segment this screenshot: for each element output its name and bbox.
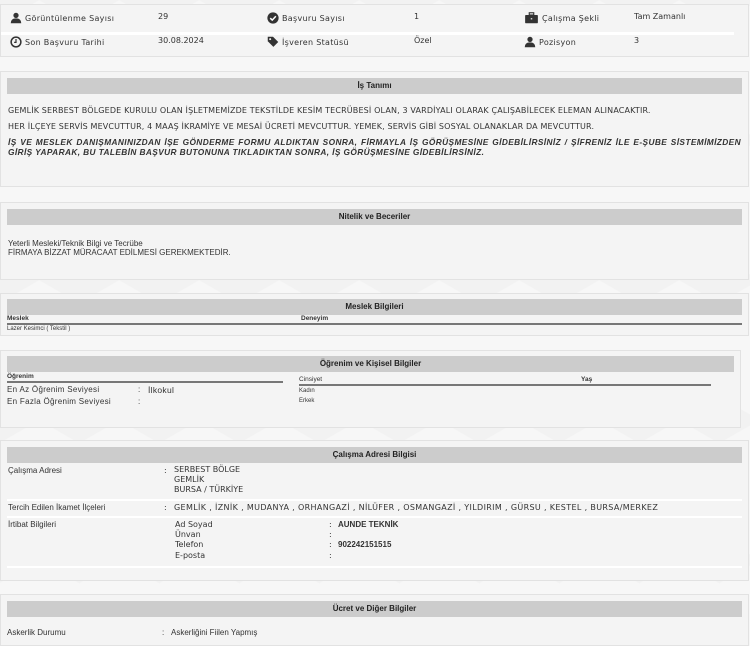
deadline-label: Son Başvuru Tarihi xyxy=(25,38,105,47)
max-education-label: En Fazla Öğrenim Seviyesi xyxy=(7,397,111,406)
description-paragraph: GEMLİK SERBEST BÖLGEDE KURULU OLAN İŞLET… xyxy=(8,106,741,116)
section-title: Çalışma Adresi Bilgisi xyxy=(7,447,742,463)
job-summary-panel: Görüntülenme Sayısı 29 Başvuru Sayısı 1 … xyxy=(0,4,749,57)
education-header: Öğrenim xyxy=(7,373,34,380)
contact-name-label: Ad Soyad xyxy=(175,520,213,530)
clock-icon xyxy=(10,36,22,48)
column-header-occupation: Meslek xyxy=(7,315,29,322)
age-header: Yaş xyxy=(581,376,592,383)
applications-label: Başvuru Sayısı xyxy=(282,14,345,23)
position-count-value: 3 xyxy=(634,36,639,45)
occupation-cell: Lazer Kesimci ( Tekstil ) xyxy=(7,326,70,332)
contact-email-label: E-posta xyxy=(175,551,205,561)
military-status-label: Askerlik Durumu xyxy=(7,628,66,637)
education-header-divider xyxy=(7,381,283,383)
deadline-value: 30.08.2024 xyxy=(158,36,204,45)
section-title: Nitelik ve Beceriler xyxy=(7,209,742,225)
gender-header: Cinsiyet xyxy=(299,376,322,383)
position-count-label: Pozisyon xyxy=(539,38,576,47)
summary-row: Görüntülenme Sayısı 29 Başvuru Sayısı 1 … xyxy=(1,8,748,30)
views-label: Görüntülenme Sayısı xyxy=(25,14,114,23)
occupation-section: Meslek Bilgileri Meslek Deneyim Lazer Ke… xyxy=(0,293,749,336)
salary-other-section: Ücret ve Diğer Bilgiler Askerlik Durumu … xyxy=(0,594,749,646)
check-circle-icon xyxy=(267,12,279,24)
military-status-value: Askerliğini Fiilen Yapmış xyxy=(171,628,257,637)
views-value: 29 xyxy=(158,12,168,21)
districts-value: GEMLİK , İZNİK , MUDANYA , ORHANGAZİ , N… xyxy=(174,503,658,513)
row-divider xyxy=(7,566,742,568)
applications-value: 1 xyxy=(414,12,419,21)
contact-phone-value: 902242151515 xyxy=(338,540,391,550)
summary-row: Son Başvuru Tarihi 30.08.2024 İşveren St… xyxy=(1,32,748,54)
work-address-section: Çalışma Adresi Bilgisi Çalışma Adresi : … xyxy=(0,440,749,581)
work-address-label: Çalışma Adresi xyxy=(8,466,62,475)
skills-section: Nitelik ve Beceriler Yeterli Mesleki/Tek… xyxy=(0,202,749,280)
districts-label: Tercih Edilen İkamet İlçeleri xyxy=(8,503,105,512)
briefcase-icon xyxy=(524,12,539,24)
min-education-value: İlkokul xyxy=(148,385,174,395)
work-type-value: Tam Zamanlı xyxy=(634,12,685,21)
employer-status-label: İşveren Statüsü xyxy=(282,38,349,47)
column-header-experience: Deneyim xyxy=(301,315,328,322)
user-icon xyxy=(524,36,536,48)
row-divider xyxy=(7,499,742,501)
row-divider xyxy=(7,516,742,518)
skills-line: FİRMAYA BİZZAT MÜRACAAT EDİLMESİ GEREKME… xyxy=(8,248,741,257)
personal-header-divider xyxy=(299,384,711,386)
gender-row: Erkek xyxy=(299,398,314,404)
contact-name-value: AUNDE TEKNİK xyxy=(338,520,398,530)
section-title: İş Tanımı xyxy=(7,78,742,94)
description-paragraph: HER İLÇEYE SERVİS MEVCUTTUR, 4 MAAŞ İKRA… xyxy=(8,122,741,132)
application-instructions: İŞ VE MESLEK DANIŞMANINIZDAN İŞE GÖNDERM… xyxy=(8,137,741,157)
section-title: Meslek Bilgileri xyxy=(7,299,742,315)
work-address-value: SERBEST BÖLGE GEMLİK BURSA / TÜRKİYE xyxy=(174,465,243,495)
job-description-section: İş Tanımı GEMLİK SERBEST BÖLGEDE KURULU … xyxy=(0,71,749,187)
tag-icon xyxy=(267,36,279,48)
employer-status-value: Özel xyxy=(414,36,432,45)
skills-line: Yeterli Mesleki/Teknik Bilgi ve Tecrübe xyxy=(8,239,741,248)
min-education-label: En Az Öğrenim Seviyesi xyxy=(7,385,99,394)
gender-row: Kadın xyxy=(299,388,315,394)
education-personal-section: Öğrenim ve Kişisel Bilgiler Öğrenim En A… xyxy=(0,350,741,428)
user-icon xyxy=(10,12,22,24)
contact-phone-label: Telefon xyxy=(175,540,203,550)
work-type-label: Çalışma Şekli xyxy=(542,14,599,23)
contact-label: İrtibat Bilgileri xyxy=(8,520,56,529)
contact-title-label: Ünvan xyxy=(175,530,201,540)
table-header-divider xyxy=(7,323,742,325)
section-title: Öğrenim ve Kişisel Bilgiler xyxy=(7,356,734,372)
section-title: Ücret ve Diğer Bilgiler xyxy=(7,601,742,617)
